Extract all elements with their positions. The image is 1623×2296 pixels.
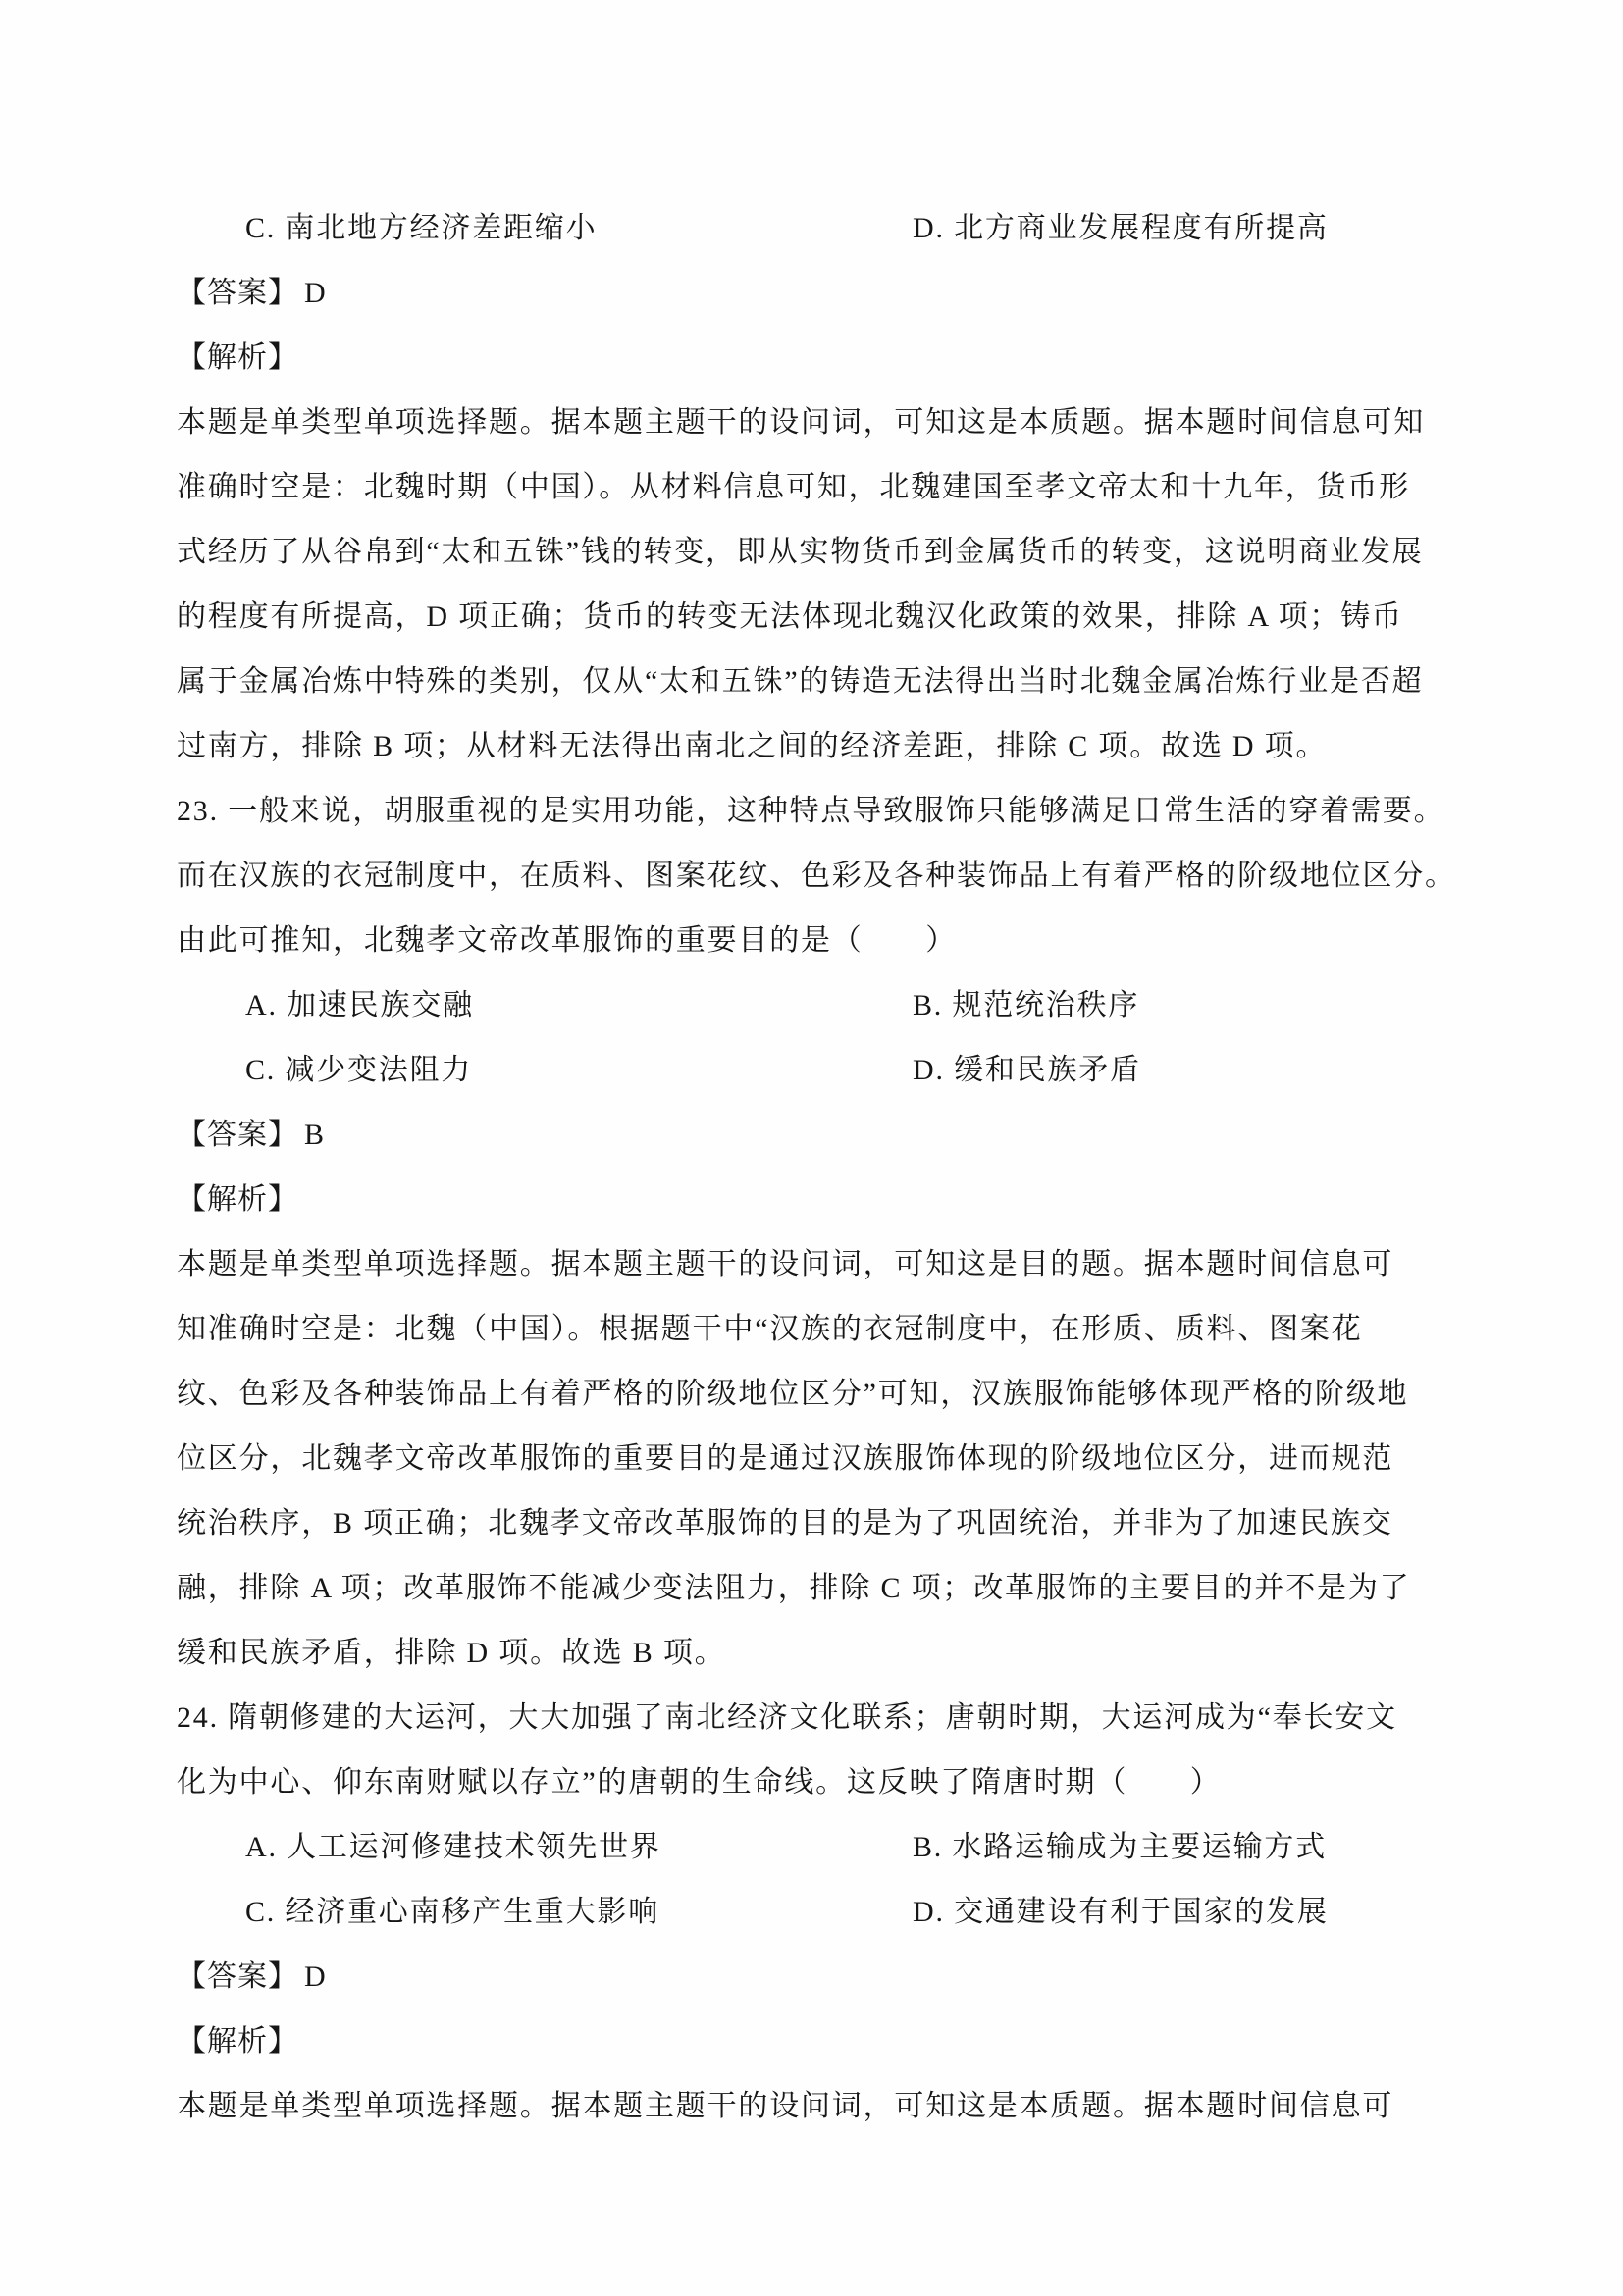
q23-analysis-tag-line: 【解析】	[177, 1168, 1476, 1232]
q23-answer-line: 【答案】B	[177, 1103, 1476, 1168]
analysis-tag: 【解析】	[177, 1183, 298, 1216]
q23-option-c: C. 减少变法阻力	[245, 1038, 913, 1103]
q23-stem-line-1: 23. 一般来说，胡服重视的是实用功能，这种特点导致服饰只能够满足日常生活的穿着…	[177, 779, 1476, 844]
q22-option-d: D. 北方商业发展程度有所提高	[913, 196, 1476, 261]
q22-analysis-line-5: 属于金属冶炼中特殊的类别，仅从“太和五铢”的铸造无法得出当时北魏金属冶炼行业是否…	[177, 650, 1476, 714]
q24-option-a: A. 人工运河修建技术领先世界	[245, 1815, 913, 1880]
q23-answer-letter: B	[298, 1119, 326, 1151]
q23-stem-line-2: 而在汉族的衣冠制度中，在质料、图案花纹、色彩及各种装饰品上有着严格的阶级地位区分…	[177, 844, 1476, 909]
q23-analysis-line-2: 知准确时空是：北魏（中国）。根据题干中“汉族的衣冠制度中，在形质、质料、图案花	[177, 1297, 1476, 1362]
q24-analysis-line-1: 本题是单类型单项选择题。据本题主题干的设问词，可知这是本质题。据本题时间信息可	[177, 2074, 1476, 2139]
q22-options-row-2: C. 南北地方经济差距缩小 D. 北方商业发展程度有所提高	[245, 196, 1476, 261]
q22-analysis-line-1: 本题是单类型单项选择题。据本题主题干的设问词，可知这是本质题。据本题时间信息可知	[177, 391, 1476, 455]
q22-analysis-line-4: 的程度有所提高，D 项正确；货币的转变无法体现北魏汉化政策的效果，排除 A 项；…	[177, 585, 1476, 650]
q24-options-row-2: C. 经济重心南移产生重大影响 D. 交通建设有利于国家的发展	[245, 1880, 1476, 1945]
q24-option-d: D. 交通建设有利于国家的发展	[913, 1880, 1476, 1945]
q22-answer-line: 【答案】D	[177, 261, 1476, 326]
q23-option-b: B. 规范统治秩序	[913, 973, 1476, 1038]
answer-tag: 【答案】	[177, 277, 298, 309]
q23-options-row-1: A. 加速民族交融 B. 规范统治秩序	[245, 973, 1476, 1038]
q24-stem-line-2: 化为中心、仰东南财赋以存立”的唐朝的生命线。这反映了隋唐时期（ ）	[177, 1750, 1476, 1815]
q24-answer-letter: D	[298, 1960, 327, 1993]
q24-answer-line: 【答案】D	[177, 1945, 1476, 2009]
q22-option-c: C. 南北地方经济差距缩小	[245, 196, 913, 261]
q22-analysis-tag-line: 【解析】	[177, 326, 1476, 391]
document-content: C. 南北地方经济差距缩小 D. 北方商业发展程度有所提高 【答案】D 【解析】…	[177, 196, 1476, 2139]
analysis-tag: 【解析】	[177, 341, 298, 374]
q23-analysis-line-5: 统治秩序，B 项正确；北魏孝文帝改革服饰的目的是为了巩固统治，并非为了加速民族交	[177, 1491, 1476, 1556]
q23-analysis-line-7: 缓和民族矛盾，排除 D 项。故选 B 项。	[177, 1621, 1476, 1686]
q22-analysis-line-6: 过南方，排除 B 项；从材料无法得出南北之间的经济差距，排除 C 项。故选 D …	[177, 714, 1476, 779]
q23-analysis-line-6: 融，排除 A 项；改革服饰不能减少变法阻力，排除 C 项；改革服饰的主要目的并不…	[177, 1556, 1476, 1621]
q23-analysis-line-3: 纹、色彩及各种装饰品上有着严格的阶级地位区分”可知，汉族服饰能够体现严格的阶级地	[177, 1362, 1476, 1427]
q23-options-row-2: C. 减少变法阻力 D. 缓和民族矛盾	[245, 1038, 1476, 1103]
q22-analysis-line-2: 准确时空是：北魏时期（中国）。从材料信息可知，北魏建国至孝文帝太和十九年，货币形	[177, 455, 1476, 520]
q23-analysis-line-1: 本题是单类型单项选择题。据本题主题干的设问词，可知这是目的题。据本题时间信息可	[177, 1232, 1476, 1297]
q23-analysis-line-4: 位区分，北魏孝文帝改革服饰的重要目的是通过汉族服饰体现的阶级地位区分，进而规范	[177, 1427, 1476, 1491]
q23-option-d: D. 缓和民族矛盾	[913, 1038, 1476, 1103]
q24-options-row-1: A. 人工运河修建技术领先世界 B. 水路运输成为主要运输方式	[245, 1815, 1476, 1880]
q24-option-c: C. 经济重心南移产生重大影响	[245, 1880, 913, 1945]
q24-stem-line-1: 24. 隋朝修建的大运河，大大加强了南北经济文化联系；唐朝时期，大运河成为“奉长…	[177, 1686, 1476, 1750]
analysis-tag: 【解析】	[177, 2025, 298, 2058]
q24-option-b: B. 水路运输成为主要运输方式	[913, 1815, 1476, 1880]
answer-tag: 【答案】	[177, 1119, 298, 1151]
q22-analysis-line-3: 式经历了从谷帛到“太和五铢”钱的转变，即从实物货币到金属货币的转变，这说明商业发…	[177, 520, 1476, 585]
exam-document-page: C. 南北地方经济差距缩小 D. 北方商业发展程度有所提高 【答案】D 【解析】…	[0, 0, 1623, 2296]
q23-stem-line-3: 由此可推知，北魏孝文帝改革服饰的重要目的是（ ）	[177, 909, 1476, 973]
q22-answer-letter: D	[298, 277, 327, 309]
q24-analysis-tag-line: 【解析】	[177, 2009, 1476, 2074]
q23-option-a: A. 加速民族交融	[245, 973, 913, 1038]
answer-tag: 【答案】	[177, 1960, 298, 1993]
